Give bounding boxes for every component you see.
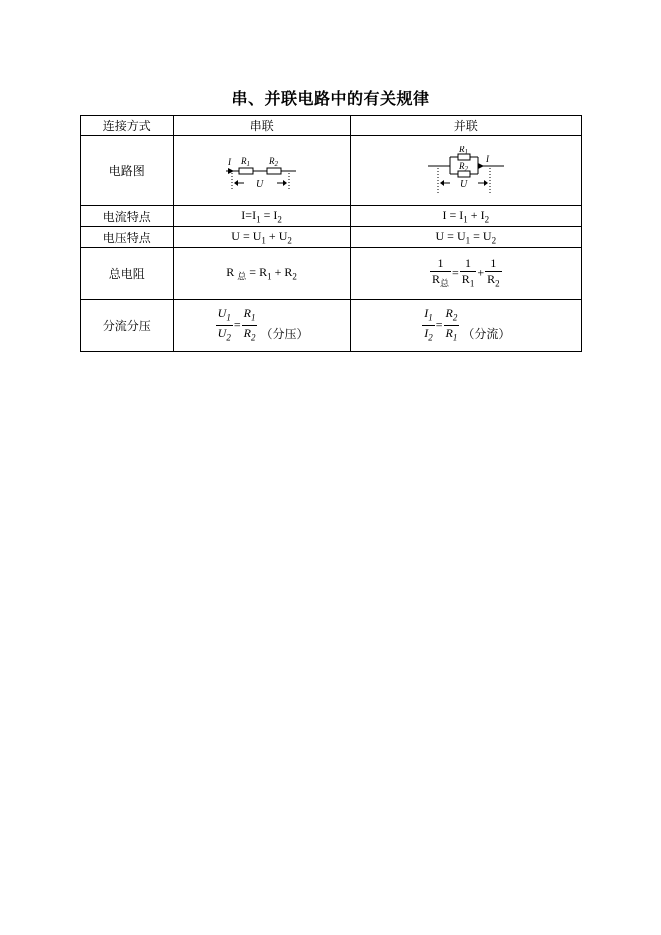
fraction: 1R1 — [460, 256, 477, 291]
fraction: I1I2 — [422, 306, 435, 346]
circuit-rules-table: 连接方式 串联 并联 电路图 I R1 R2 U — [80, 115, 582, 352]
page-title: 串、并联电路中的有关规律 — [0, 86, 661, 109]
table-row-diagram: 电路图 I R1 R2 U — [81, 136, 582, 206]
svg-text:R1: R1 — [240, 156, 250, 168]
parallel-voltage-formula: U = U1 = U2 — [350, 227, 581, 248]
row-label-diagram: 电路图 — [81, 136, 174, 206]
svg-text:R2: R2 — [268, 156, 279, 168]
series-divider-formula: U1U2=R1R2（分压） — [173, 300, 350, 352]
note-voltage-divider: （分压） — [260, 327, 308, 341]
series-circuit-cell: I R1 R2 U — [173, 136, 350, 206]
parallel-divider-formula: I1I2=R2R1（分流） — [350, 300, 581, 352]
row-label-voltage: 电压特点 — [81, 227, 174, 248]
note-current-divider: （分流） — [462, 327, 510, 341]
row-label-resistance: 总电阻 — [81, 248, 174, 300]
table-row-voltage: 电压特点 U = U1 + U2 U = U1 = U2 — [81, 227, 582, 248]
header-series: 串联 — [173, 116, 350, 136]
series-circuit-diagram: I R1 R2 U — [222, 149, 302, 193]
svg-text:I: I — [485, 154, 490, 164]
row-label-current: 电流特点 — [81, 206, 174, 227]
table-row-current: 电流特点 I=I1 = I2 I = I1 + I2 — [81, 206, 582, 227]
fraction: U1U2 — [216, 306, 233, 346]
header-parallel: 并联 — [350, 116, 581, 136]
parallel-circuit-cell: R1 R2 I U — [350, 136, 581, 206]
parallel-current-formula: I = I1 + I2 — [350, 206, 581, 227]
header-connection-type: 连接方式 — [81, 116, 174, 136]
parallel-circuit-diagram: R1 R2 I U — [424, 146, 508, 196]
series-current-formula: I=I1 = I2 — [173, 206, 350, 227]
svg-text:I: I — [227, 157, 232, 167]
svg-text:U: U — [256, 179, 264, 190]
series-resistance-formula: R 总 = R1 + R2 — [173, 248, 350, 300]
table-row-divider: 分流分压 U1U2=R1R2（分压） I1I2=R2R1（分流） — [81, 300, 582, 352]
table-header-row: 连接方式 串联 并联 — [81, 116, 582, 136]
row-label-divider: 分流分压 — [81, 300, 174, 352]
parallel-resistance-formula: 1R总=1R1+1R2 — [350, 248, 581, 300]
series-voltage-formula: U = U1 + U2 — [173, 227, 350, 248]
svg-text:U: U — [460, 179, 468, 190]
fraction: 1R2 — [485, 256, 502, 291]
table-row-resistance: 总电阻 R 总 = R1 + R2 1R总=1R1+1R2 — [81, 248, 582, 300]
fraction: 1R总 — [430, 256, 451, 291]
fraction: R1R2 — [242, 306, 258, 346]
fraction: R2R1 — [444, 306, 460, 346]
